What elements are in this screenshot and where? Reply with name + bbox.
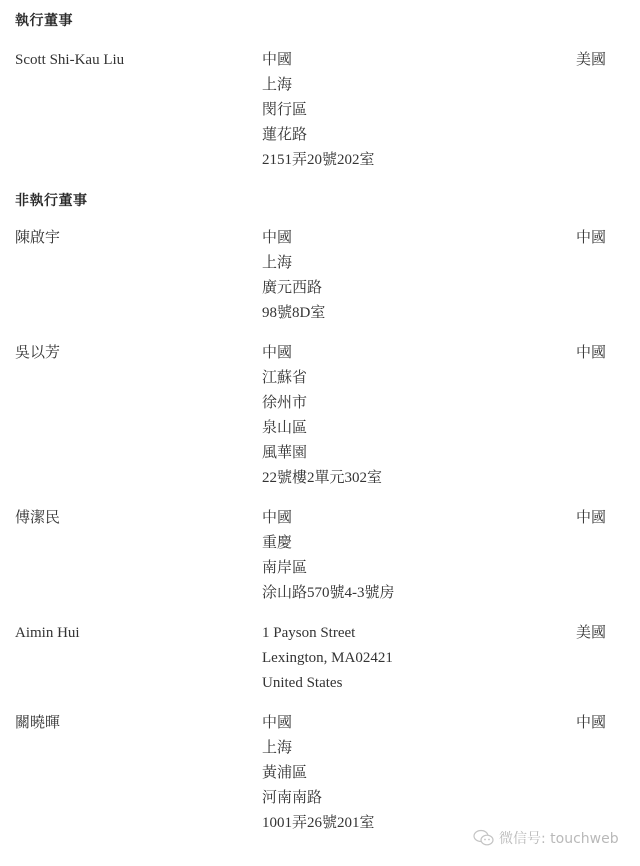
address-line: 中國 (262, 52, 375, 77)
address-line: 南岸區 (262, 560, 395, 585)
director-nationality: 美國 (576, 625, 606, 641)
director-name: Aimin Hui (15, 625, 80, 641)
address-line: 江蘇省 (262, 370, 382, 395)
director-address: 中國 上海 閔行區 蓮花路 2151弄20號202室 (262, 52, 375, 177)
director-name: Scott Shi-Kau Liu (15, 52, 124, 68)
wechat-icon (473, 829, 495, 847)
address-line: Lexington, MA02421 (262, 650, 393, 675)
director-name: 傅潔民 (15, 510, 60, 526)
director-address: 1 Payson Street Lexington, MA02421 Unite… (262, 625, 393, 700)
address-line: 涂山路570號4-3號房 (262, 585, 395, 610)
address-line: 1001弄26號201室 (262, 815, 375, 840)
director-name: 陳啟宇 (15, 230, 60, 246)
address-line: 閔行區 (262, 102, 375, 127)
director-address: 中國 上海 黃浦區 河南南路 1001弄26號201室 (262, 715, 375, 840)
address-line: 泉山區 (262, 420, 382, 445)
address-line: 2151弄20號202室 (262, 152, 375, 177)
director-name: 關曉暉 (15, 715, 60, 731)
address-line: 上海 (262, 255, 325, 280)
watermark-text: 微信号: touchweb (499, 828, 619, 848)
address-line: 中國 (262, 345, 382, 370)
director-name: 吳以芳 (15, 345, 60, 361)
director-nationality: 中國 (576, 715, 606, 731)
watermark: 微信号: touchweb (473, 828, 619, 848)
director-address: 中國 上海 廣元西路 98號8D室 (262, 230, 325, 330)
address-line: 中國 (262, 715, 375, 740)
address-line: 22號樓2單元302室 (262, 470, 382, 495)
address-line: 98號8D室 (262, 305, 325, 330)
address-line: 風華園 (262, 445, 382, 470)
address-line: 中國 (262, 510, 395, 535)
address-line: 重慶 (262, 535, 395, 560)
section-title-non-executive-directors: 非執行董事 (15, 190, 88, 210)
address-line: 河南南路 (262, 790, 375, 815)
director-nationality: 中國 (576, 230, 606, 246)
section-title-executive-directors: 執行董事 (15, 10, 73, 30)
address-line: 上海 (262, 740, 375, 765)
director-nationality: 中國 (576, 345, 606, 361)
address-line: 上海 (262, 77, 375, 102)
director-nationality: 中國 (576, 510, 606, 526)
director-address: 中國 江蘇省 徐州市 泉山區 風華園 22號樓2單元302室 (262, 345, 382, 495)
address-line: 1 Payson Street (262, 625, 393, 650)
director-nationality: 美國 (576, 52, 606, 68)
address-line: 中國 (262, 230, 325, 255)
director-address: 中國 重慶 南岸區 涂山路570號4-3號房 (262, 510, 395, 610)
address-line: 徐州市 (262, 395, 382, 420)
address-line: 蓮花路 (262, 127, 375, 152)
address-line: United States (262, 675, 393, 700)
address-line: 廣元西路 (262, 280, 325, 305)
address-line: 黃浦區 (262, 765, 375, 790)
